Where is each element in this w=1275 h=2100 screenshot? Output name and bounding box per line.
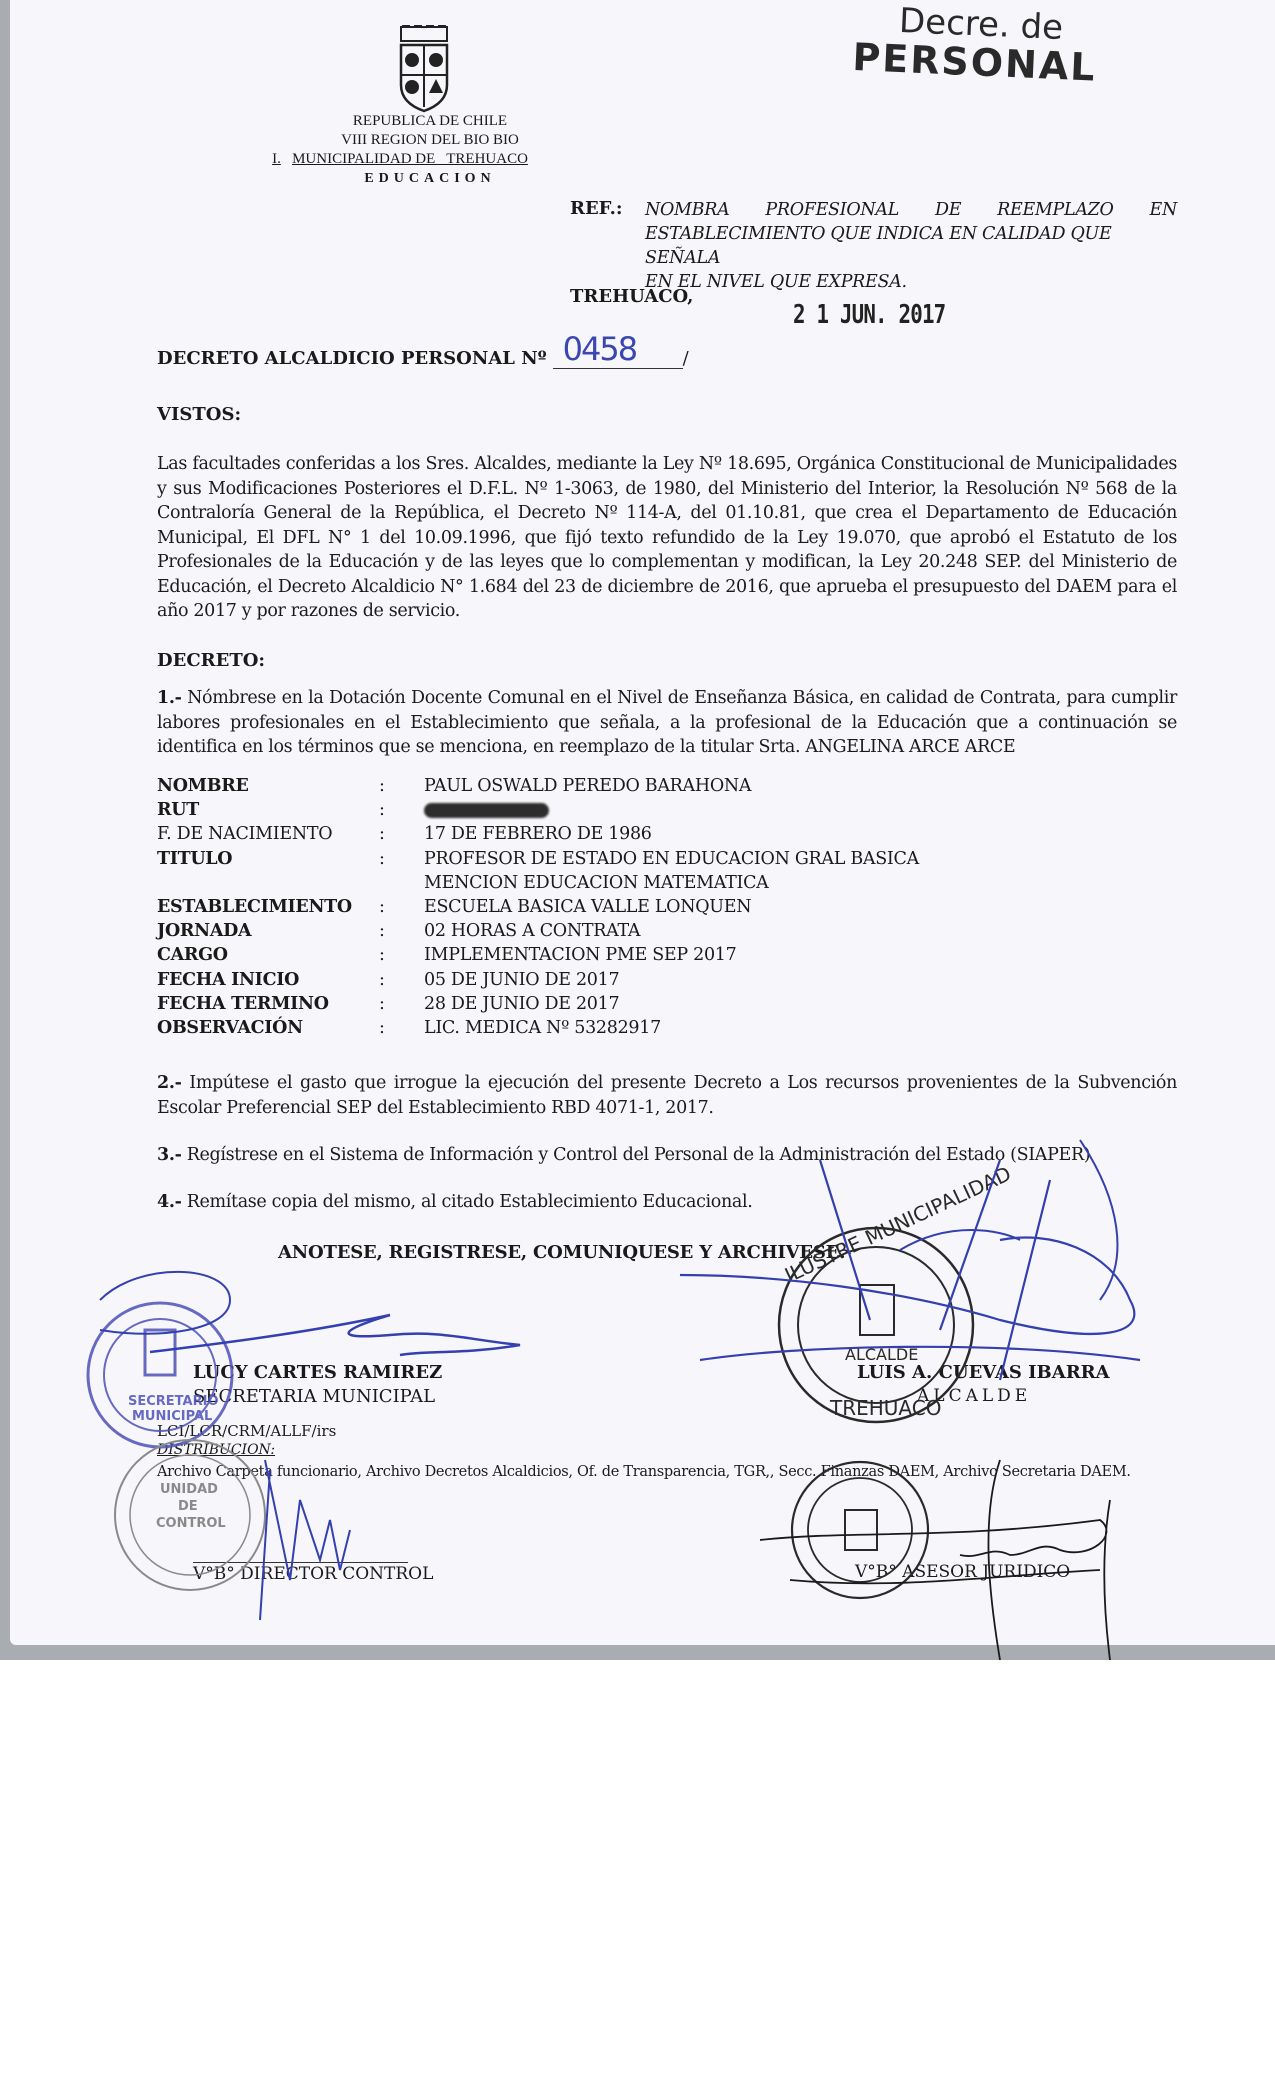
mayor-name: LUIS A. CUEVAS IBARRA xyxy=(857,1362,1110,1383)
ref-word: DE xyxy=(935,198,961,222)
distribution-heading: DISTRIBUCION: xyxy=(157,1442,275,1458)
field-row: TITULO:PROFESOR DE ESTADO EN EDUCACION G… xyxy=(157,847,919,871)
item-text: Impútese el gasto que irrogue la ejecuci… xyxy=(157,1073,1177,1118)
decree-number: DECRETO ALCALDICIO PERSONAL Nº0458/ xyxy=(157,348,689,369)
ref-label: REF.: xyxy=(570,198,623,219)
decree-item-4: 4.- Remítase copia del mismo, al citado … xyxy=(157,1190,1177,1215)
field-label: JORNADA xyxy=(157,919,379,943)
control-approval: V°B° DIRECTOR CONTROL xyxy=(193,1564,433,1584)
field-value xyxy=(424,798,919,822)
field-label: F. DE NACIMIENTO xyxy=(157,822,379,846)
field-separator: : xyxy=(379,895,424,919)
control-signature-line xyxy=(193,1562,408,1563)
ref-line-3: EN EL NIVEL QUE EXPRESA. xyxy=(645,270,1177,294)
field-row: JORNADA:02 HORAS A CONTRATA xyxy=(157,919,919,943)
item-text: Regístrese en el Sistema de Información … xyxy=(181,1145,1090,1165)
decree-item-2: 2.- Impútese el gasto que irrogue la eje… xyxy=(157,1071,1177,1120)
ref-word: EN xyxy=(1149,198,1177,222)
field-row: FECHA INICIO:05 DE JUNIO DE 2017 xyxy=(157,968,919,992)
field-row: CARGO:IMPLEMENTACION PME SEP 2017 xyxy=(157,943,919,967)
field-row: OBSERVACIÓN:LIC. MEDICA Nº 53282917 xyxy=(157,1016,919,1040)
field-label: NOMBRE xyxy=(157,774,379,798)
initials: LCI/LCR/CRM/ALLF/irs xyxy=(157,1422,336,1440)
field-separator: : xyxy=(379,774,424,798)
field-separator: : xyxy=(379,822,424,846)
item-number: 3.- xyxy=(157,1145,181,1165)
letterhead: REPUBLICA DE CHILE VIII REGION DEL BIO B… xyxy=(280,112,580,188)
secretary-role: SECRETARIA MUNICIPAL xyxy=(193,1386,435,1407)
field-separator: : xyxy=(379,847,424,871)
ref-word: NOMBRA xyxy=(645,198,729,222)
field-row: RUT: xyxy=(157,798,919,822)
field-value: 02 HORAS A CONTRATA xyxy=(424,919,919,943)
municipality-name: MUNICIPALIDAD DE TREHUACO xyxy=(292,151,528,167)
field-value: PROFESOR DE ESTADO EN EDUCACION GRAL BAS… xyxy=(424,847,919,871)
field-row: NOMBRE:PAUL OSWALD PEREDO BARAHONA xyxy=(157,774,919,798)
country-line: REPUBLICA DE CHILE xyxy=(280,112,580,131)
ref-line-2: ESTABLECIMIENTO QUE INDICA EN CALIDAD QU… xyxy=(645,222,1177,270)
ref-word: REEMPLAZO xyxy=(997,198,1114,222)
item-number: 1.- xyxy=(157,688,181,708)
ref-word: PROFESIONAL xyxy=(765,198,899,222)
field-separator: : xyxy=(379,968,424,992)
department-line: EDUCACION xyxy=(280,169,580,188)
vistos-text: Las facultades conferidas a los Sres. Al… xyxy=(157,452,1177,624)
region-line: VIII REGION DEL BIO BIO xyxy=(280,131,580,150)
field-row: MENCION EDUCACION MATEMATICA xyxy=(157,871,919,895)
place: TREHUACO, xyxy=(570,286,693,307)
field-label: FECHA INICIO xyxy=(157,968,379,992)
municipality-prefix: I. xyxy=(272,151,281,167)
field-separator: : xyxy=(379,1016,424,1040)
field-row: F. DE NACIMIENTO:17 DE FEBRERO DE 1986 xyxy=(157,822,919,846)
field-value: MENCION EDUCACION MATEMATICA xyxy=(424,871,919,895)
stamp-line-2: PERSONAL xyxy=(852,38,1098,87)
mayor-role: ALCALDE xyxy=(917,1386,1031,1406)
decreto-heading: DECRETO: xyxy=(157,650,265,671)
ref-text: NOMBRA PROFESIONAL DE REEMPLAZO EN ESTAB… xyxy=(645,198,1177,294)
field-separator: : xyxy=(379,992,424,1016)
field-label: FECHA TERMINO xyxy=(157,992,379,1016)
decree-item-3: 3.- Regístrese en el Sistema de Informac… xyxy=(157,1143,1197,1168)
field-separator: : xyxy=(379,919,424,943)
field-value: 17 DE FEBRERO DE 1986 xyxy=(424,822,919,846)
decree-item-1: 1.- Nómbrese en la Dotación Docente Comu… xyxy=(157,686,1177,760)
item-number: 2.- xyxy=(157,1073,181,1093)
redacted-value xyxy=(424,803,549,818)
field-label: RUT xyxy=(157,798,379,822)
secretary-name: LUCY CARTES RAMIREZ xyxy=(193,1362,442,1383)
ref-line-1: NOMBRA PROFESIONAL DE REEMPLAZO EN xyxy=(645,198,1177,222)
decree-number-label: DECRETO ALCALDICIO PERSONAL Nº xyxy=(157,348,547,369)
date-stamp: 2 1 JUN. 2017 xyxy=(793,300,945,330)
field-value: IMPLEMENTACION PME SEP 2017 xyxy=(424,943,919,967)
field-value: 05 DE JUNIO DE 2017 xyxy=(424,968,919,992)
field-label: OBSERVACIÓN xyxy=(157,1016,379,1040)
distribution-list: Archivo Carpeta funcionario, Archivo Dec… xyxy=(157,1464,1131,1480)
item-number: 4.- xyxy=(157,1192,181,1212)
field-separator xyxy=(379,871,424,895)
field-separator: : xyxy=(379,943,424,967)
field-row: ESTABLECIMIENTO:ESCUELA BASICA VALLE LON… xyxy=(157,895,919,919)
appointee-fields-table: NOMBRE:PAUL OSWALD PEREDO BARAHONARUT:F.… xyxy=(157,774,919,1040)
item-text: Nómbrese en la Dotación Docente Comunal … xyxy=(157,688,1177,757)
legal-approval: V°B° ASESOR JURIDICO xyxy=(855,1562,1070,1582)
decree-number-suffix: / xyxy=(683,348,689,369)
decree-number-line: 0458 xyxy=(553,350,683,369)
item-text: Remítase copia del mismo, al citado Esta… xyxy=(181,1192,752,1212)
decree-number-handwritten: 0458 xyxy=(563,330,636,368)
personal-decree-stamp: Decre. de PERSONAL xyxy=(852,0,1099,87)
field-label: CARGO xyxy=(157,943,379,967)
municipal-crest-icon xyxy=(395,25,453,113)
field-label: TITULO xyxy=(157,847,379,871)
vistos-heading: VISTOS: xyxy=(157,404,241,425)
field-value: 28 DE JUNIO DE 2017 xyxy=(424,992,919,1016)
field-separator: : xyxy=(379,798,424,822)
field-label: ESTABLECIMIENTO xyxy=(157,895,379,919)
field-value: PAUL OSWALD PEREDO BARAHONA xyxy=(424,774,919,798)
field-value: LIC. MEDICA Nº 53282917 xyxy=(424,1016,919,1040)
field-value: ESCUELA BASICA VALLE LONQUEN xyxy=(424,895,919,919)
municipality-line: I. MUNICIPALIDAD DE TREHUACO xyxy=(220,150,580,169)
closing-formula: ANOTESE, REGISTRESE, COMUNIQUESE Y ARCHI… xyxy=(278,1242,845,1263)
field-row: FECHA TERMINO:28 DE JUNIO DE 2017 xyxy=(157,992,919,1016)
field-label xyxy=(157,871,379,895)
